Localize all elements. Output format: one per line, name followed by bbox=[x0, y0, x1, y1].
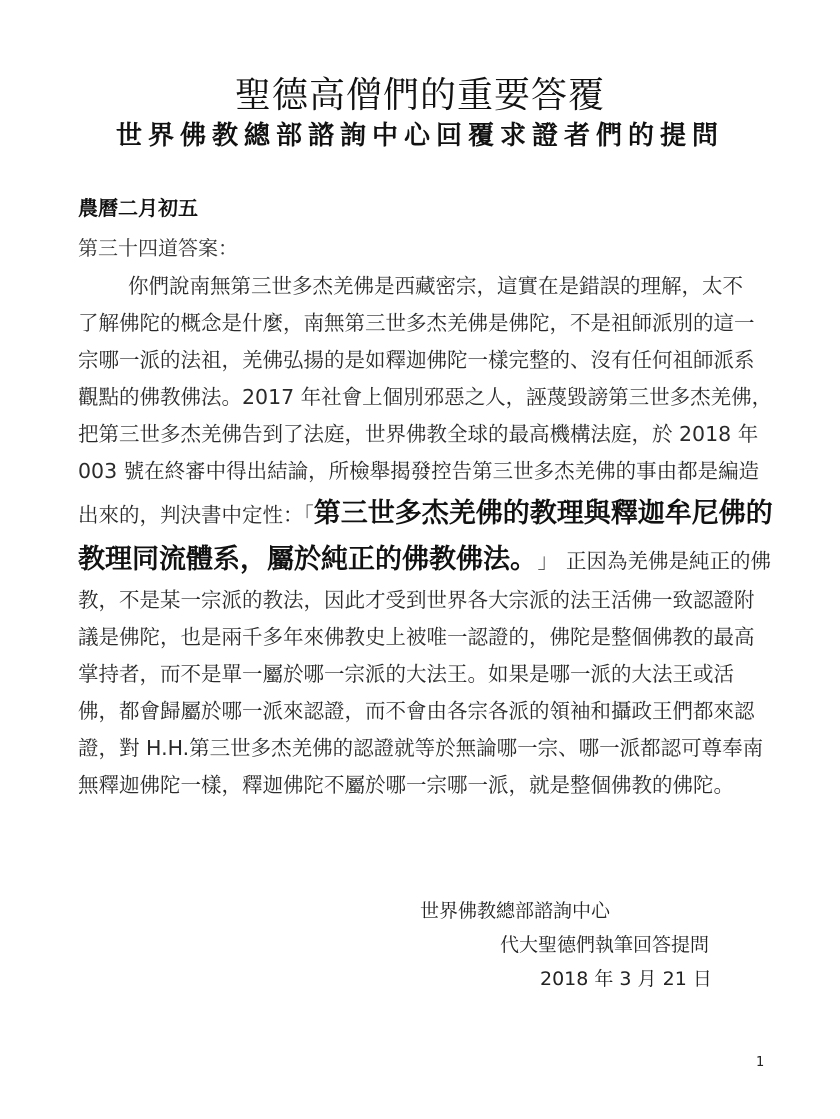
document-page: 聖德高僧們的重要答覆 世界佛教總部諮詢中心回覆求證者們的提問 農曆二月初五 第三… bbox=[0, 0, 840, 1119]
lunar-date-heading: 農曆二月初五 bbox=[78, 192, 198, 221]
signature-on-behalf: 代大聖德們執筆回答提問 bbox=[500, 930, 709, 957]
body-line: 宗哪一派的法祖，羌佛弘揚的是如釋迦佛陀一樣完整的、沒有任何祖師派系 bbox=[78, 342, 768, 379]
signature-organization: 世界佛教總部諮詢中心 bbox=[420, 896, 610, 923]
verdict-prefix: 出來的，判決書中定性：「 bbox=[78, 503, 314, 527]
verdict-suffix: 正因為羌佛是純正的佛 bbox=[566, 549, 771, 573]
signature-date: 2018 年 3 月 21 日 bbox=[540, 964, 712, 991]
body-line: 教，不是某一宗派的教法，因此才受到世界各大宗派的法王活佛一致認證附 bbox=[78, 582, 768, 619]
body-line: 佛，都會歸屬於哪一派來認證，而不會由各宗各派的領袖和攝政王們都來認 bbox=[78, 693, 768, 730]
verdict-line-2: 教理同流體系，屬於純正的佛教佛法。」正因為羌佛是純正的佛 bbox=[78, 538, 768, 582]
verdict-close-quote: 」 bbox=[524, 549, 567, 573]
body-line: 掌持者，而不是單一屬於哪一宗派的大法王。如果是哪一派的大法王或活 bbox=[78, 656, 768, 693]
body-line: 觀點的佛教佛法。2017 年社會上個別邪惡之人，誣蔑毀謗第三世多杰羌佛， bbox=[78, 379, 768, 416]
body-line: 003 號在終審中得出結論，所檢舉揭發控告第三世多杰羌佛的事由都是編造 bbox=[78, 453, 768, 490]
document-title: 聖德高僧們的重要答覆 bbox=[0, 74, 840, 118]
verdict-quote-part1: 第三世多杰羌佛的教理與釋迦牟尼佛的 bbox=[314, 498, 773, 529]
page-number: 1 bbox=[756, 1055, 764, 1070]
answer-body: 你們說南無第三世多杰羌佛是西藏密宗，這實在是錯誤的理解，太不 了解佛陀的概念是什… bbox=[78, 268, 768, 804]
document-subtitle: 世界佛教總部諮詢中心回覆求證者們的提問 bbox=[0, 119, 840, 153]
body-line: 了解佛陀的概念是什麼，南無第三世多杰羌佛是佛陀，不是祖師派別的這一 bbox=[78, 305, 768, 342]
body-line: 證，對 H.H.第三世多杰羌佛的認證就等於無論哪一宗、哪一派都認可尊奉南 bbox=[78, 730, 768, 767]
answer-number-label: 第三十四道答案： bbox=[78, 232, 238, 261]
body-line: 把第三世多杰羌佛告到了法庭，世界佛教全球的最高機構法庭，於 2018 年 bbox=[78, 416, 768, 453]
verdict-quote-part2: 教理同流體系，屬於純正的佛教佛法。 bbox=[78, 544, 524, 575]
body-line: 你們說南無第三世多杰羌佛是西藏密宗，這實在是錯誤的理解，太不 bbox=[78, 268, 768, 305]
verdict-line-1: 出來的，判決書中定性：「第三世多杰羌佛的教理與釋迦牟尼佛的 bbox=[78, 490, 768, 538]
body-line: 無釋迦佛陀一樣，釋迦佛陀不屬於哪一宗哪一派，就是整個佛教的佛陀。 bbox=[78, 767, 768, 804]
body-line: 議是佛陀，也是兩千多年來佛教史上被唯一認證的，佛陀是整個佛教的最高 bbox=[78, 619, 768, 656]
